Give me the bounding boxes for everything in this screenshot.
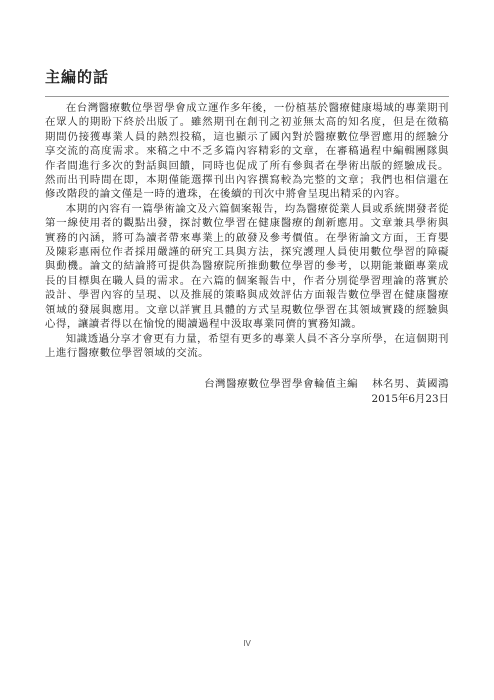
signature-role: 台灣醫療數位學習學會輪值主編 (204, 378, 358, 390)
signature-editors: 林名男、黃國鴻 (372, 378, 449, 390)
paragraph-2: 本期的內容有一篇學術論文及六篇個案報告，均為醫療從業人員或系統開發者從第一線使用… (45, 202, 449, 332)
signature-line: 台灣醫療數位學習學會輪值主編林名男、黃國鴻 (204, 377, 449, 392)
paragraph-3: 知識透過分享才會更有力量，希望有更多的專業人員不吝分享所學，在這個期刊上進行醫療… (45, 332, 449, 361)
title-divider (45, 96, 449, 97)
document-page: 主編的話 在台灣醫療數位學習學會成立運作多年後，一份植基於醫療健康場域的專業期刊… (0, 0, 494, 700)
page-number: IV (0, 639, 494, 648)
editorial-body: 在台灣醫療數位學習學會成立運作多年後，一份植基於醫療健康場域的專業期刊在眾人的期… (45, 101, 449, 360)
signature-date: 2015年6月23日 (204, 392, 449, 407)
page-title: 主編的話 (45, 66, 109, 87)
signature-block: 台灣醫療數位學習學會輪值主編林名男、黃國鴻 2015年6月23日 (204, 377, 449, 407)
paragraph-1: 在台灣醫療數位學習學會成立運作多年後，一份植基於醫療健康場域的專業期刊在眾人的期… (45, 101, 449, 202)
